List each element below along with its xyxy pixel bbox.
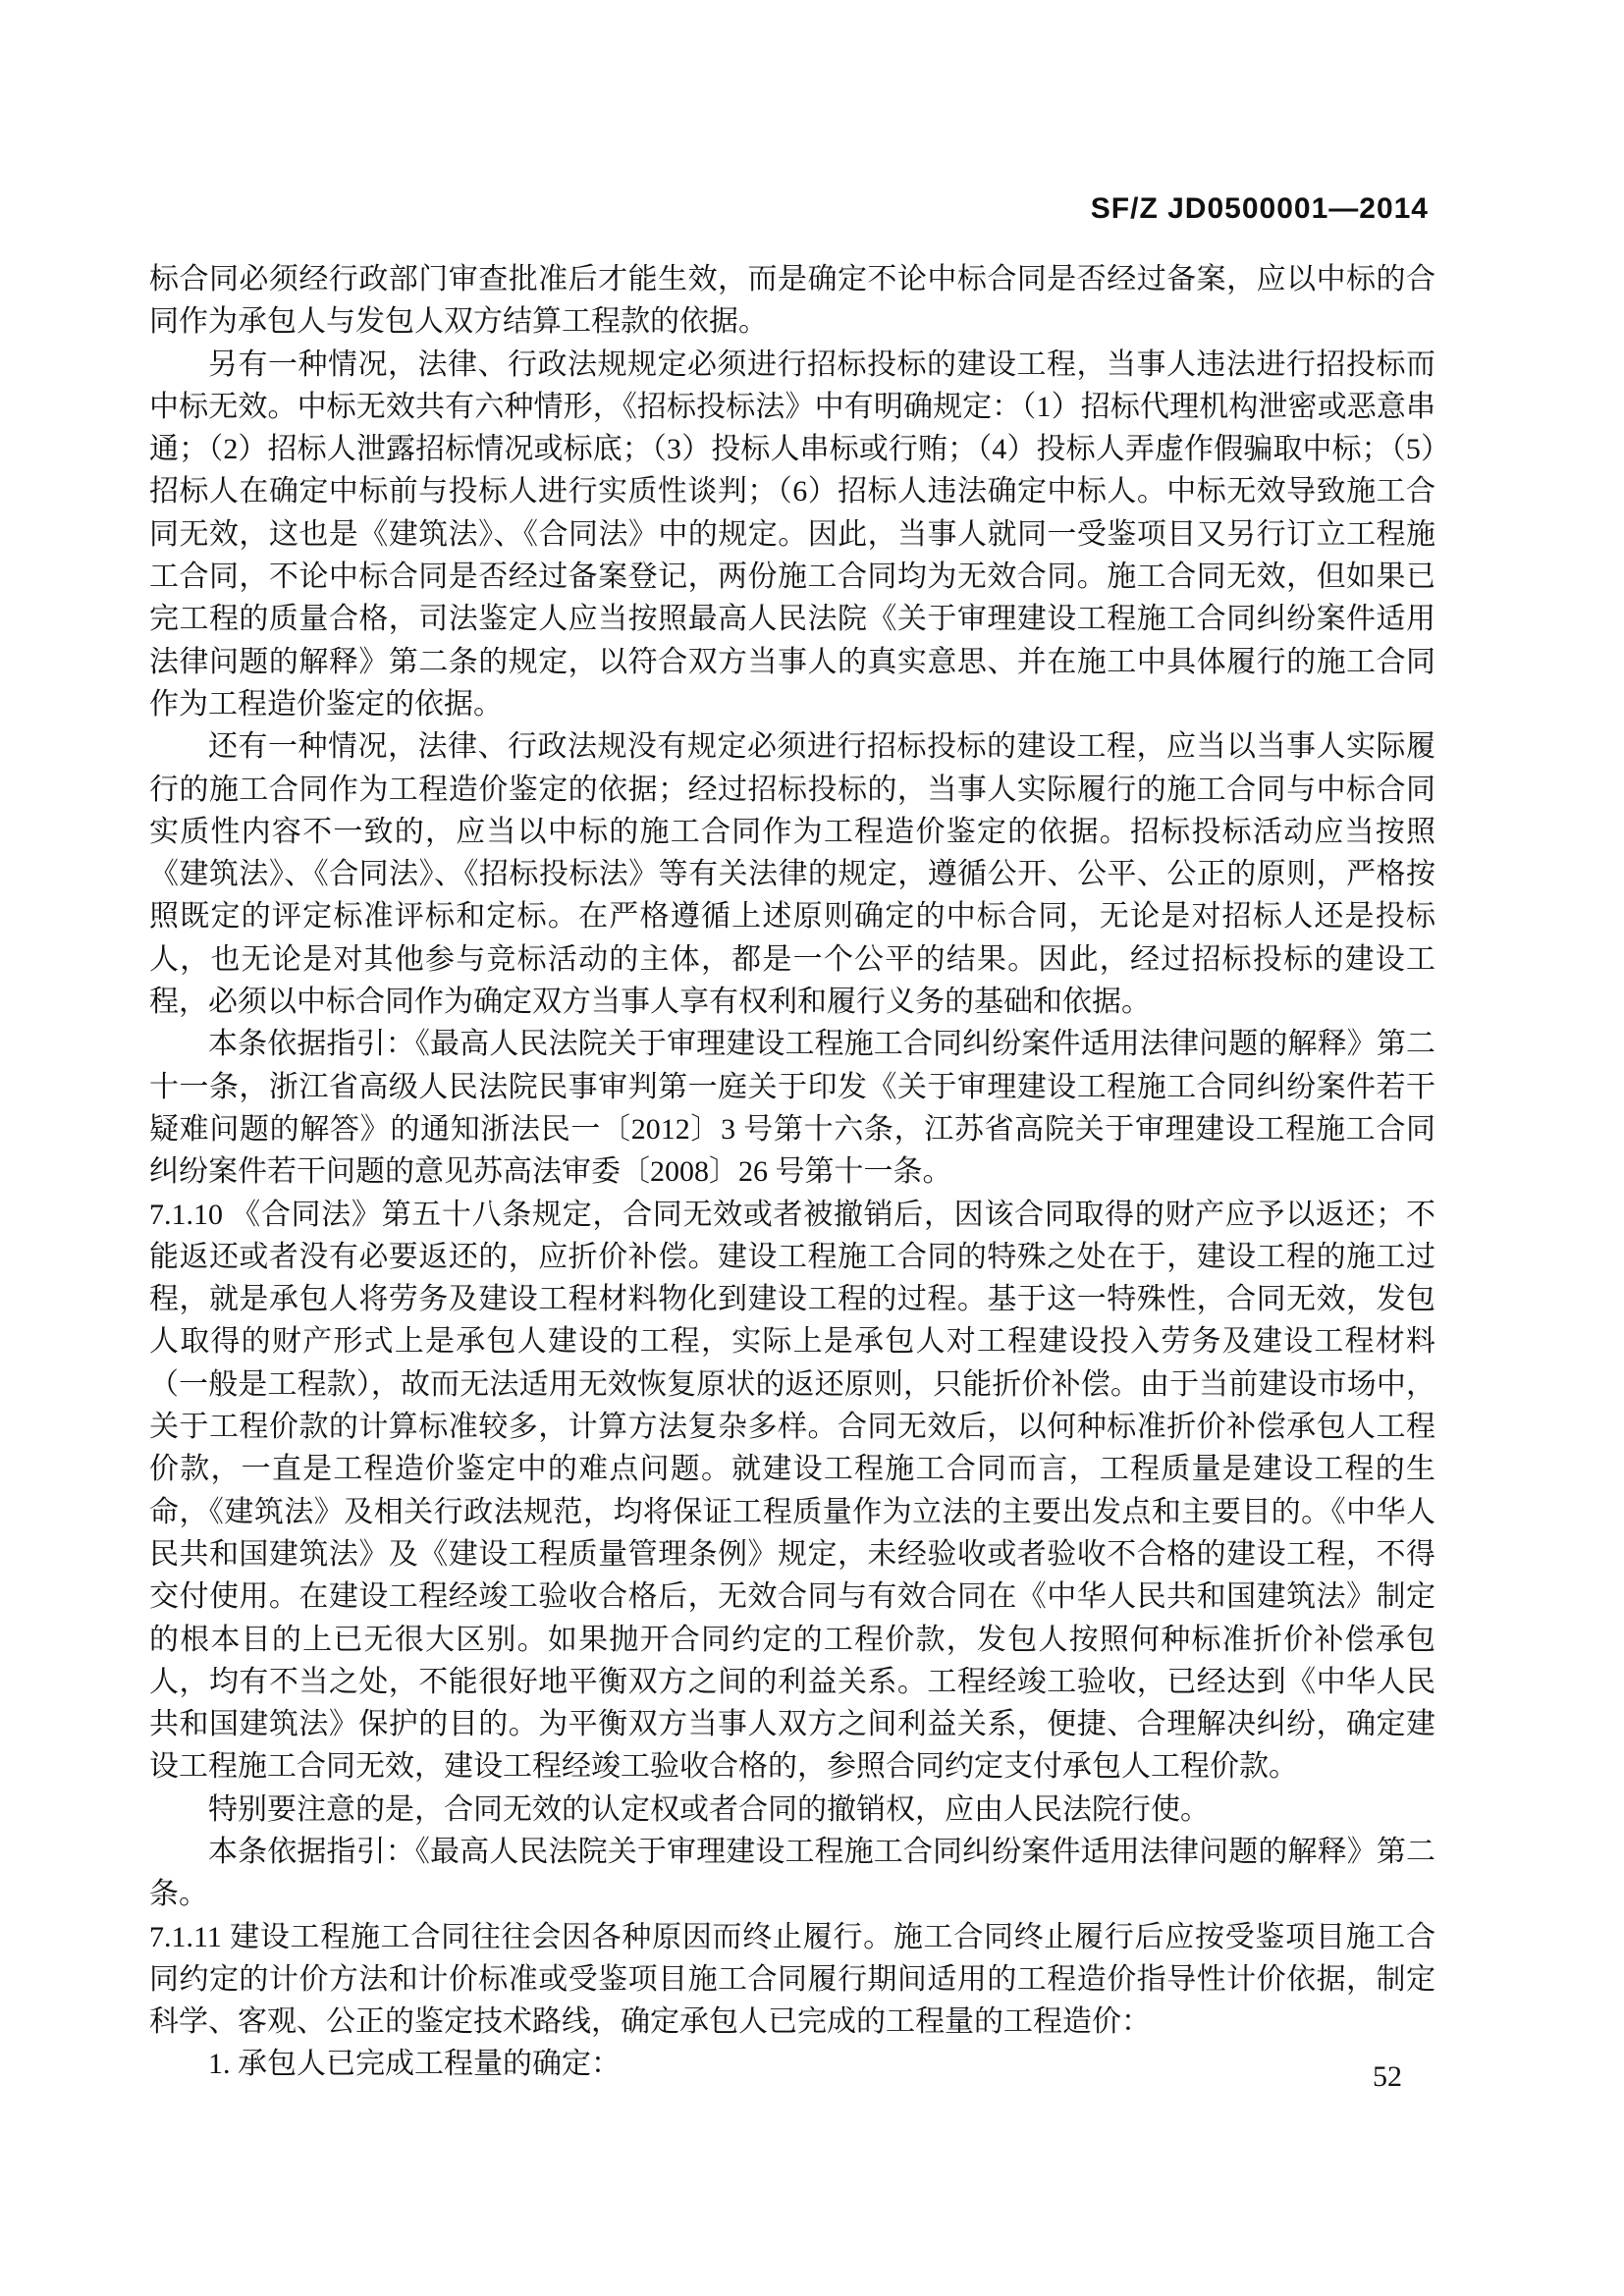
- reference-paragraph: 本条依据指引：《最高人民法院关于审理建设工程施工合同纠纷案件适用法律问题的解释》…: [149, 1831, 1435, 1916]
- document-page: SF/Z JD0500001—2014 标合同必须经行政部门审查批准后才能生效，…: [0, 0, 1624, 2296]
- body-paragraph: 特别要注意的是，合同无效的认定权或者合同的撤销权，应由人民法院行使。: [149, 1789, 1435, 1831]
- section-paragraph-7-1-11: 7.1.11 建设工程施工合同往往会因各种原因而终止履行。施工合同终止履行后应按…: [149, 1916, 1435, 2044]
- standard-number-header: SF/Z JD0500001—2014: [1091, 192, 1429, 226]
- body-paragraph: 另有一种情况，法律、行政法规规定必须进行招标投标的建设工程，当事人违法进行招投标…: [149, 344, 1435, 726]
- document-body: 标合同必须经行政部门审查批准后才能生效，而是确定不论中标合同是否经过备案，应以中…: [149, 258, 1435, 2086]
- body-paragraph: 还有一种情况，法律、行政法规没有规定必须进行招标投标的建设工程，应当以当事人实际…: [149, 725, 1435, 1023]
- page-number: 52: [1373, 2060, 1402, 2094]
- section-paragraph-7-1-10: 7.1.10 《合同法》第五十八条规定，合同无效或者被撤销后，因该合同取得的财产…: [149, 1194, 1435, 1789]
- body-paragraph-continuation: 标合同必须经行政部门审查批准后才能生效，而是确定不论中标合同是否经过备案，应以中…: [149, 258, 1435, 344]
- reference-paragraph: 本条依据指引：《最高人民法院关于审理建设工程施工合同纠纷案件适用法律问题的解释》…: [149, 1023, 1435, 1193]
- list-item-paragraph: 1. 承包人已完成工程量的确定：: [149, 2043, 1435, 2085]
